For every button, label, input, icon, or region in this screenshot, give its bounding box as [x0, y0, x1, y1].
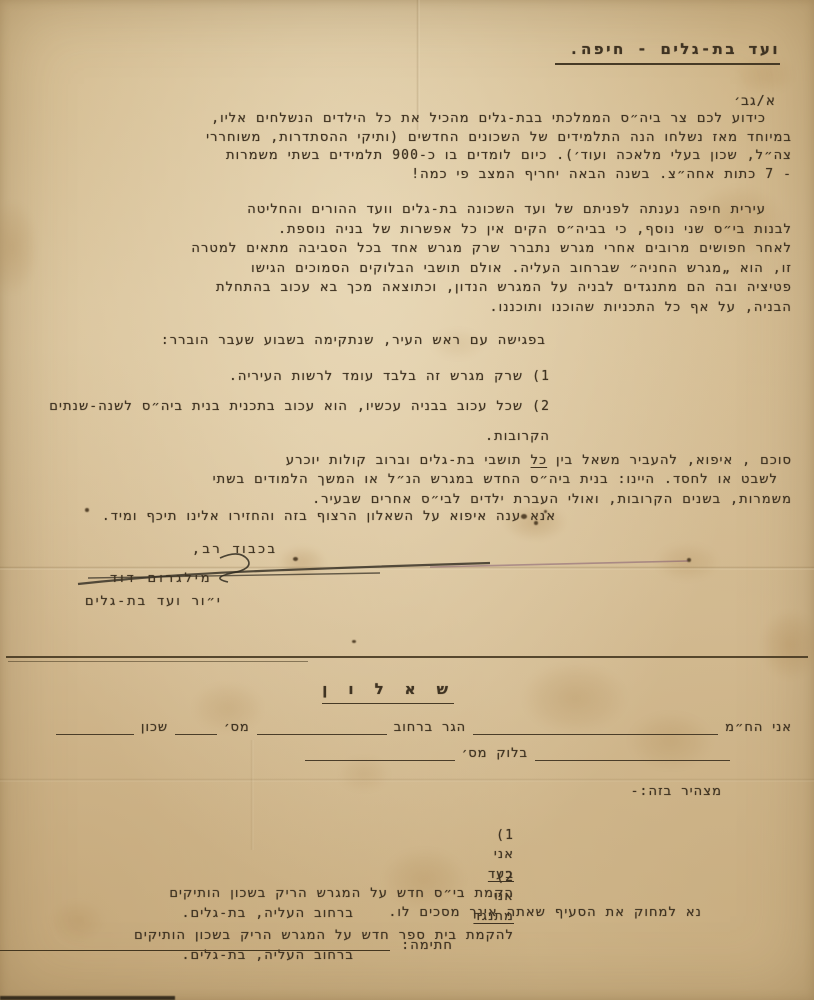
declaration-intro: מצהיר בזה:-: [631, 782, 722, 802]
summary-text-rest: לשבט או לחסד. היינו: בנית ביה״ס החדש במג…: [22, 470, 792, 509]
summary-text-pre: סוכם , איפוא, להעביר משאל בין: [547, 453, 792, 468]
option-number: 2): [496, 870, 514, 885]
house-number-blank: [175, 721, 217, 735]
ink-speck: [352, 640, 356, 643]
scan-edge-shadow: [0, 996, 175, 1000]
paragraph-municipality-decision: עירית חיפה נענתה לפניתם של ועד השכונה בת…: [22, 200, 792, 317]
block-number-label: בלוק מס׳: [462, 746, 528, 761]
letter-title: ועד בת-גלים - חיפה.: [555, 40, 780, 65]
strike-out-note: נא למחוק את הסעיף שאתה אינך מסכים לו.: [388, 903, 702, 923]
option-number: 1): [496, 828, 514, 843]
signature-blank-line: [0, 950, 390, 951]
meeting-line: בפגישה עם ראש העיר, שנתקימה בשבוע שעבר ה…: [161, 331, 546, 351]
street-field-blank: [257, 721, 387, 735]
questionnaire-block-row: בלוק מס׳: [305, 746, 730, 761]
option-pre: אני: [494, 889, 514, 904]
signer-name: מילגרום דוד: [110, 569, 213, 589]
summary-underlined-word: כל: [531, 453, 547, 468]
questionnaire-heading: ש א ל ו ן: [322, 680, 454, 704]
option-continuation: ברחוב העליה, בת-גלים.: [134, 946, 514, 966]
signature-label: חתימה:: [401, 936, 453, 956]
option-rest: להקמת בית ספר חדש על המגרש הריק בשכון הו…: [134, 928, 514, 943]
paragraph-school-overcrowding: כידוע לכם צר ביה״ס הממלכתי בבת-גלים מהכי…: [22, 110, 792, 184]
section-divider-line: [6, 656, 808, 658]
block-number-blank: [305, 747, 455, 761]
paper-stain: [50, 900, 105, 942]
summary-text-post: תושבי בת-גלים וברוב קולות יוכרע: [286, 453, 531, 468]
shikun-field-label: שכון: [141, 720, 168, 735]
questionnaire-identity-row: אני הח״מ הגר ברחוב מס׳ שכון: [56, 720, 792, 735]
request-line: אנא ענה איפוא על השאלון הרצוף בזה והחזיר…: [102, 507, 556, 527]
scanned-letter-page: ועד בת-גלים - חיפה. א/גב׳ כידוע לכם צר ב…: [0, 0, 814, 1000]
paper-stain: [760, 610, 814, 680]
salutation: א/גב׳: [734, 92, 776, 112]
section-divider-line-echo: [8, 661, 308, 662]
paper-stain: [338, 756, 390, 792]
street-field-label: הגר ברחוב: [394, 720, 466, 735]
block-row-right-blank: [535, 747, 730, 761]
name-field-blank: [473, 721, 718, 735]
signer-role: י״ור ועד בת-גלים: [85, 592, 222, 612]
name-field-label: אני הח״מ: [725, 720, 792, 735]
shikun-field-blank: [56, 721, 134, 735]
house-number-label: מס׳: [224, 720, 250, 735]
